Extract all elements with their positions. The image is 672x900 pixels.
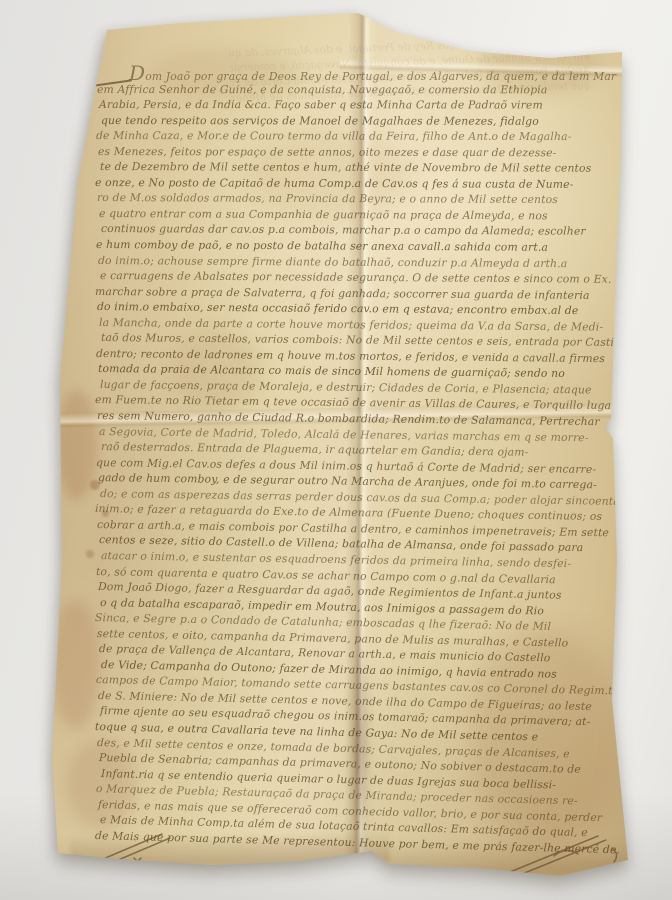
manuscript-line: em Affrica Senhor de Guiné, e da conquis…: [97, 82, 609, 98]
paper-shadow-wrap: Dom Joaõ por graça de Deos Rey de Portug…: [0, 0, 672, 900]
manuscript-lines: Dom Joaõ por graça de Deos Rey de Portug…: [98, 66, 610, 843]
manuscript-line: Dom Joaõ por graça de Deos Rey de Portug…: [95, 66, 607, 82]
manuscript-line: te de Dezembro de Mil sette centos e hum…: [100, 159, 612, 176]
folio-value: 259: [582, 20, 615, 38]
stain: [52, 600, 100, 730]
manuscript-paper: Dom Joaõ por graça de Deos Rey de Portug…: [50, 10, 635, 878]
manuscript-line: de Minha Caza, e Mor.e de Couro termo da…: [96, 128, 608, 145]
paraph-left-flourish: [90, 826, 200, 868]
manuscript-line: Arabia, Persia, e da India &ca. Faço sab…: [99, 97, 611, 113]
folio-ink-dot: [586, 52, 589, 55]
manuscript-line: que tendo respeito aos serviços de Manoe…: [101, 113, 613, 129]
foxing-spot: [86, 550, 94, 558]
paraph-right-flourish: [502, 826, 632, 878]
folio-prefix: 7.: [567, 22, 582, 38]
folio-number: 7.259: [567, 20, 614, 39]
manuscript-line: es Menezes, feitos por espaço de sette a…: [98, 144, 610, 161]
photograph: Dom Joaõ por graça de Deos Rey de Portug…: [0, 0, 672, 900]
